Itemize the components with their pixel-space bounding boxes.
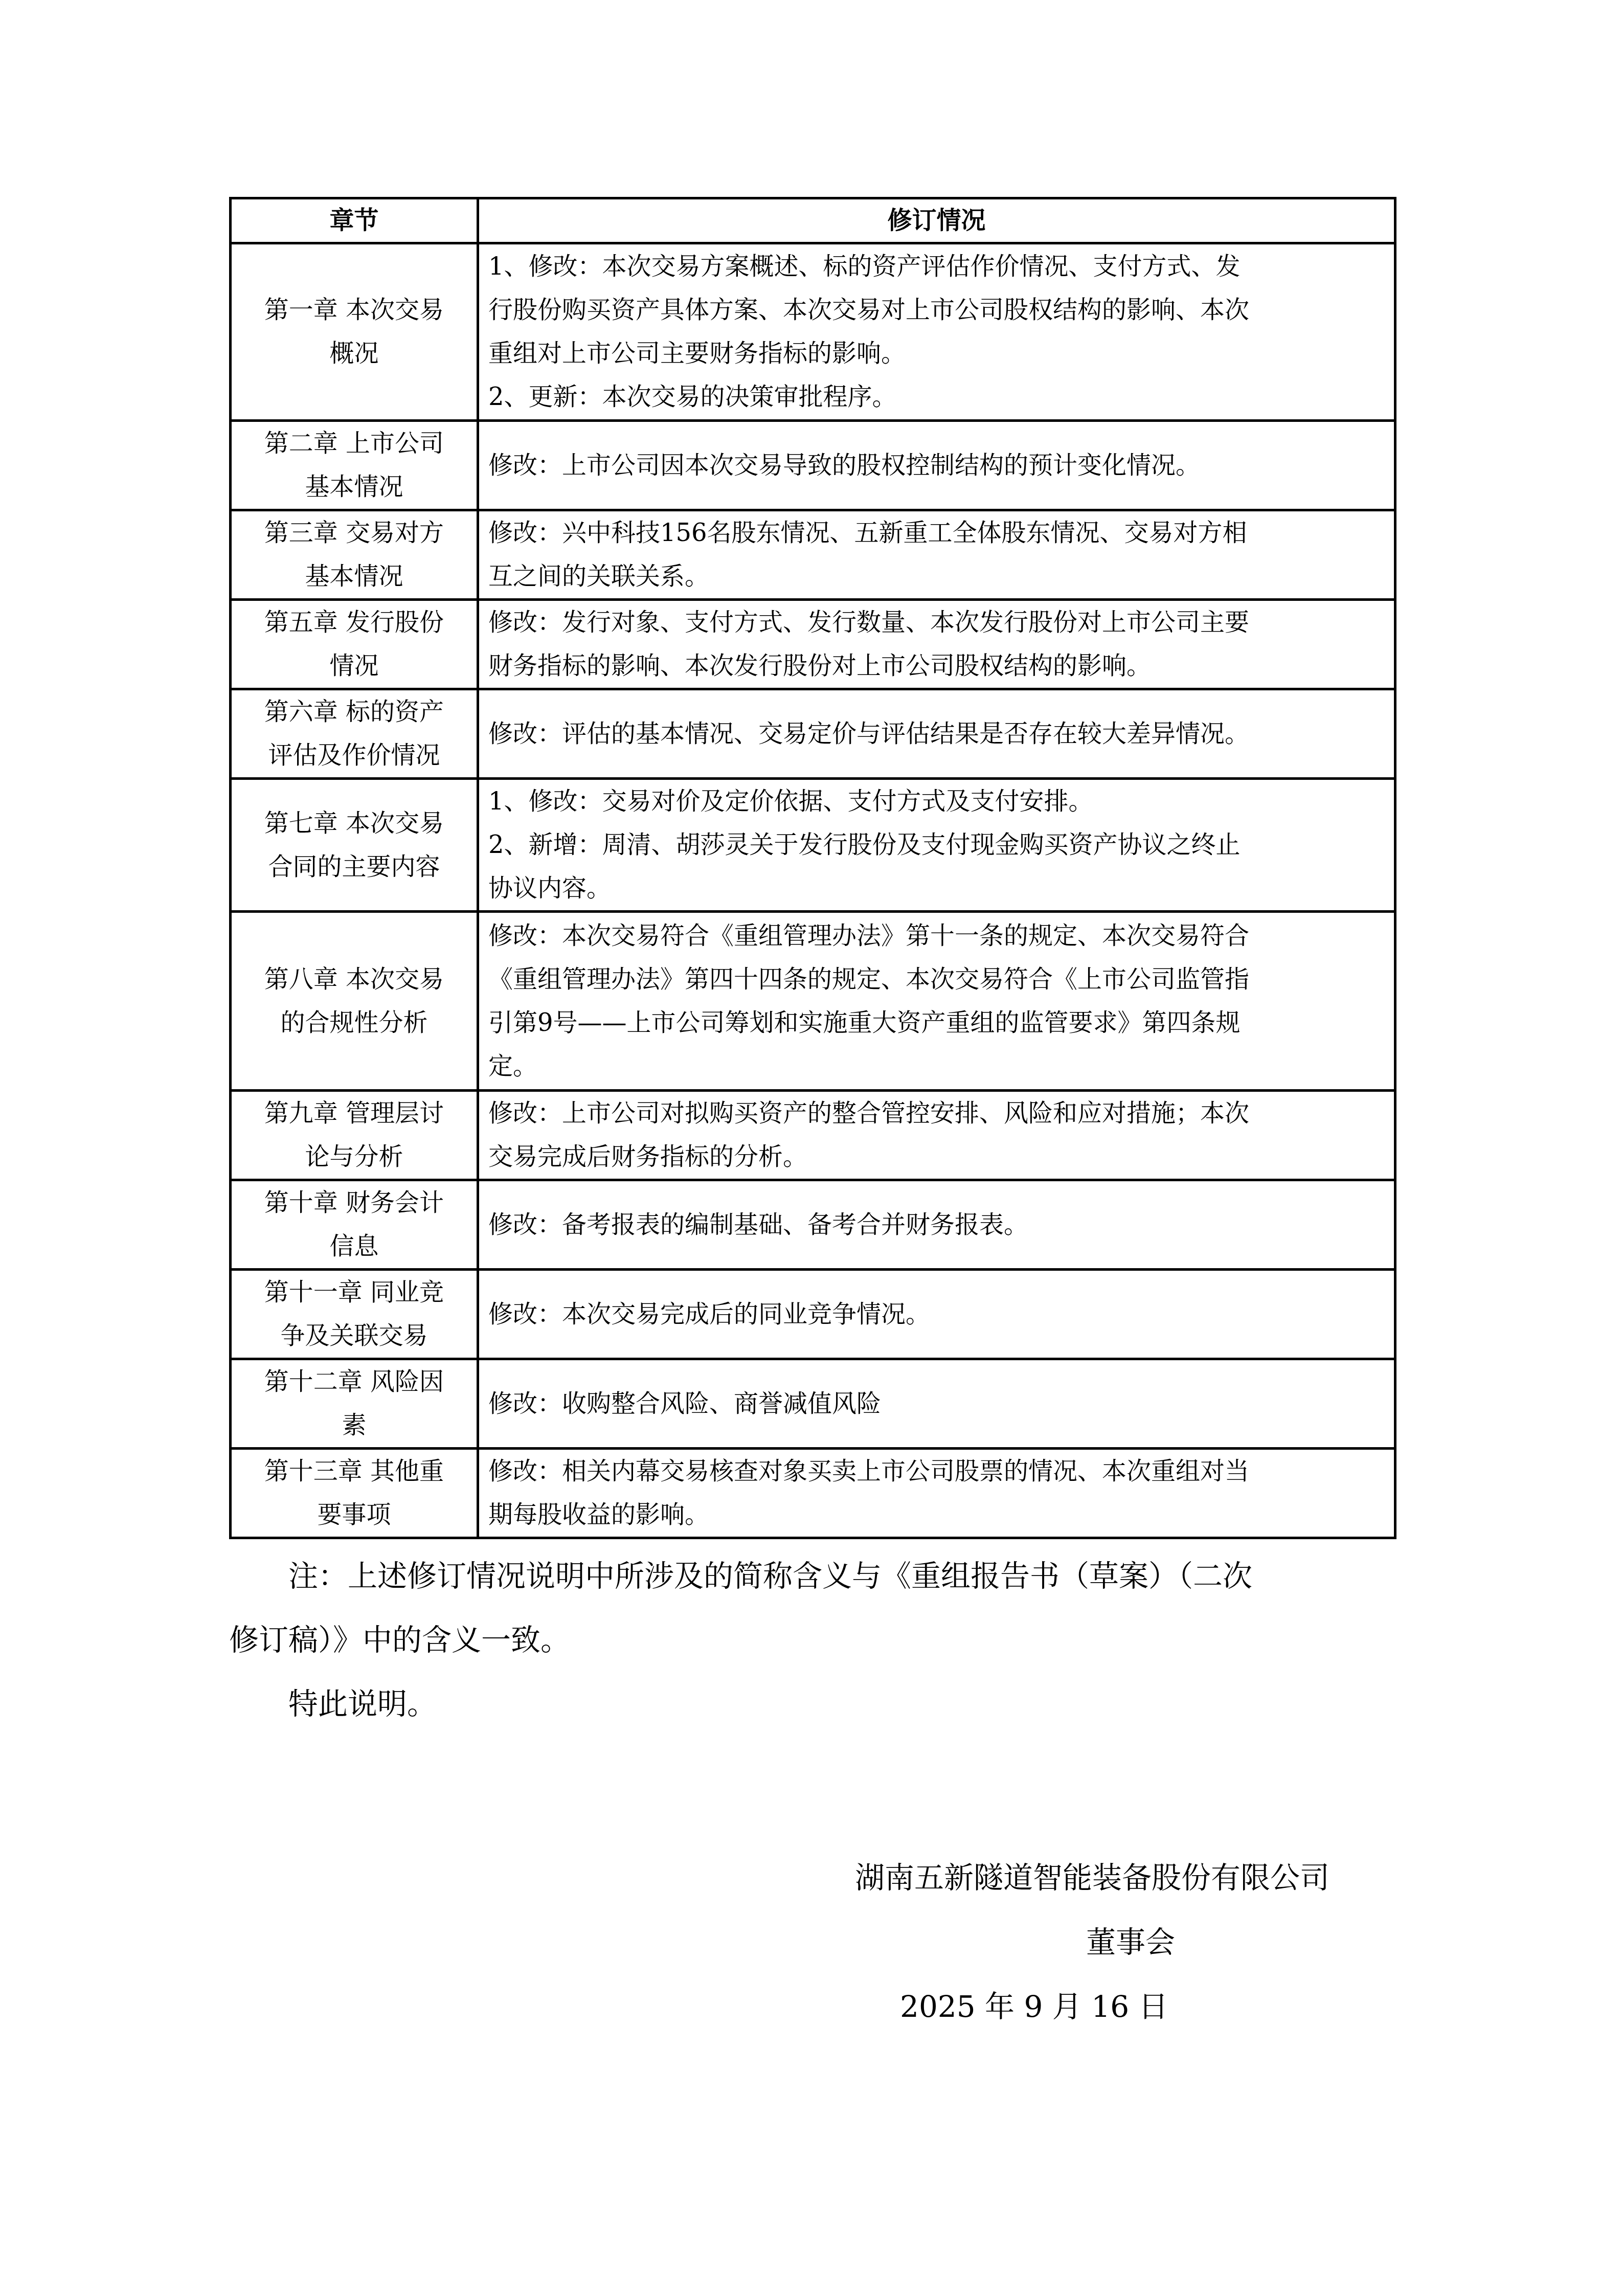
chapter-cell: 第三章 交易对方基本情况	[231, 510, 478, 600]
revision-cell: 修改：相关内幕交易核查对象买卖上市公司股票的情况、本次重组对当期每股收益的影响。	[478, 1449, 1395, 1538]
revision-line: 重组对上市公司主要财务指标的影响。	[488, 332, 1385, 375]
revision-line: 行股份购买资产具体方案、本次交易对上市公司股权结构的影响、本次	[488, 288, 1385, 332]
chapter-line: 的合规性分析	[241, 1001, 467, 1045]
chapter-cell: 第九章 管理层讨论与分析	[231, 1091, 478, 1180]
chapter-line: 第七章 本次交易	[241, 802, 467, 845]
table-row: 第九章 管理层讨论与分析修改：上市公司对拟购买资产的整合管控安排、风险和应对措施…	[231, 1091, 1395, 1180]
chapter-cell: 第十一章 同业竞争及关联交易	[231, 1270, 478, 1359]
header-chapter: 章节	[231, 198, 478, 243]
table-row: 第十一章 同业竞争及关联交易修改：本次交易完成后的同业竞争情况。	[231, 1270, 1395, 1359]
chapter-line: 争及关联交易	[241, 1314, 467, 1358]
note-line-2: 修订稿）》中的含义一致。	[229, 1623, 570, 1657]
revision-line: 《重组管理办法》第四十四条的规定、本次交易符合《上市公司监管指	[488, 958, 1385, 1001]
revision-line: 交易完成后财务指标的分析。	[488, 1135, 1385, 1179]
revision-cell: 1、修改：交易对价及定价依据、支付方式及支付安排。2、新增：周清、胡莎灵关于发行…	[478, 779, 1395, 912]
table-row: 第五章 发行股份情况修改：发行对象、支付方式、发行数量、本次发行股份对上市公司主…	[231, 600, 1395, 689]
note-line-1: 注：上述修订情况说明中所涉及的简称含义与《重组报告书（草案）（二次	[288, 1559, 1252, 1593]
revision-cell: 修改：本次交易完成后的同业竞争情况。	[478, 1270, 1395, 1359]
revision-line: 财务指标的影响、本次发行股份对上市公司股权结构的影响。	[488, 644, 1385, 688]
signature-date: 2025 年 9 月 16 日	[900, 1986, 1168, 2027]
revision-table: 章节 修订情况 第一章 本次交易概况1、修改：本次交易方案概述、标的资产评估作价…	[229, 197, 1396, 1539]
note-paragraph: 注：上述修订情况说明中所涉及的简称含义与《重组报告书（草案）（二次 修订稿）》中…	[229, 1544, 1394, 1736]
table-row: 第二章 上市公司基本情况修改：上市公司因本次交易导致的股权控制结构的预计变化情况…	[231, 421, 1395, 510]
revision-line: 修改：相关内幕交易核查对象买卖上市公司股票的情况、本次重组对当	[488, 1450, 1385, 1493]
revision-line: 2、新增：周清、胡莎灵关于发行股份及支付现金购买资产协议之终止	[488, 823, 1385, 867]
chapter-line: 评估及作价情况	[241, 734, 467, 777]
table-row: 第十三章 其他重要事项修改：相关内幕交易核查对象买卖上市公司股票的情况、本次重组…	[231, 1449, 1395, 1538]
revision-cell: 修改：上市公司因本次交易导致的股权控制结构的预计变化情况。	[478, 421, 1395, 510]
table-row: 第十二章 风险因素修改：收购整合风险、商誉减值风险	[231, 1359, 1395, 1449]
chapter-line: 情况	[241, 644, 467, 688]
chapter-line: 要事项	[241, 1493, 467, 1537]
chapter-cell: 第八章 本次交易的合规性分析	[231, 912, 478, 1091]
chapter-line: 第八章 本次交易	[241, 958, 467, 1001]
revision-line: 修改：上市公司对拟购买资产的整合管控安排、风险和应对措施；本次	[488, 1092, 1385, 1135]
chapter-line: 第三章 交易对方	[241, 511, 467, 555]
board-name: 董事会	[1086, 1922, 1175, 1963]
header-revision: 修订情况	[478, 198, 1395, 243]
revision-cell: 修改：兴中科技156名股东情况、五新重工全体股东情况、交易对方相互之间的关联关系…	[478, 510, 1395, 600]
revision-cell: 1、修改：本次交易方案概述、标的资产评估作价情况、支付方式、发行股份购买资产具体…	[478, 243, 1395, 421]
chapter-line: 基本情况	[241, 465, 467, 509]
chapter-cell: 第七章 本次交易合同的主要内容	[231, 779, 478, 912]
chapter-line: 第一章 本次交易	[241, 288, 467, 332]
revision-line: 修改：备考报表的编制基础、备考合并财务报表。	[488, 1203, 1385, 1247]
chapter-line: 素	[241, 1404, 467, 1447]
revision-line: 定。	[488, 1045, 1385, 1088]
chapter-line: 第十章 财务会计	[241, 1181, 467, 1225]
revision-line: 2、更新：本次交易的决策审批程序。	[488, 375, 1385, 419]
revision-line: 修改：发行对象、支付方式、发行数量、本次发行股份对上市公司主要	[488, 601, 1385, 644]
chapter-line: 论与分析	[241, 1135, 467, 1179]
table-row: 第八章 本次交易的合规性分析修改：本次交易符合《重组管理办法》第十一条的规定、本…	[231, 912, 1395, 1091]
revision-line: 期每股收益的影响。	[488, 1493, 1385, 1537]
chapter-line: 第九章 管理层讨	[241, 1092, 467, 1135]
chapter-line: 基本情况	[241, 555, 467, 598]
revision-cell: 修改：评估的基本情况、交易定价与评估结果是否存在较大差异情况。	[478, 689, 1395, 779]
table-header-row: 章节 修订情况	[231, 198, 1395, 243]
chapter-line: 信息	[241, 1225, 467, 1268]
company-name: 湖南五新隧道智能装备股份有限公司	[855, 1857, 1329, 1898]
chapter-line: 第十二章 风险因	[241, 1360, 467, 1404]
revision-line: 修改：评估的基本情况、交易定价与评估结果是否存在较大差异情况。	[488, 712, 1385, 756]
chapter-line: 第十一章 同业竞	[241, 1271, 467, 1314]
revision-cell: 修改：收购整合风险、商誉减值风险	[478, 1359, 1395, 1449]
revision-line: 协议内容。	[488, 867, 1385, 910]
revision-line: 修改：收购整合风险、商誉减值风险	[488, 1382, 1385, 1426]
table-row: 第三章 交易对方基本情况修改：兴中科技156名股东情况、五新重工全体股东情况、交…	[231, 510, 1395, 600]
revision-line: 修改：本次交易符合《重组管理办法》第十一条的规定、本次交易符合	[488, 914, 1385, 958]
revision-cell: 修改：发行对象、支付方式、发行数量、本次发行股份对上市公司主要财务指标的影响、本…	[478, 600, 1395, 689]
revision-line: 修改：本次交易完成后的同业竞争情况。	[488, 1293, 1385, 1336]
chapter-cell: 第六章 标的资产评估及作价情况	[231, 689, 478, 779]
revision-line: 修改：兴中科技156名股东情况、五新重工全体股东情况、交易对方相	[488, 511, 1385, 555]
revision-line: 1、修改：本次交易方案概述、标的资产评估作价情况、支付方式、发	[488, 245, 1385, 288]
chapter-line: 概况	[241, 332, 467, 375]
chapter-line: 第十三章 其他重	[241, 1450, 467, 1493]
chapter-cell: 第十章 财务会计信息	[231, 1180, 478, 1270]
chapter-cell: 第一章 本次交易概况	[231, 243, 478, 421]
table-row: 第七章 本次交易合同的主要内容1、修改：交易对价及定价依据、支付方式及支付安排。…	[231, 779, 1395, 912]
revision-cell: 修改：备考报表的编制基础、备考合并财务报表。	[478, 1180, 1395, 1270]
chapter-cell: 第十二章 风险因素	[231, 1359, 478, 1449]
chapter-cell: 第五章 发行股份情况	[231, 600, 478, 689]
chapter-line: 第六章 标的资产	[241, 690, 467, 734]
revision-cell: 修改：上市公司对拟购买资产的整合管控安排、风险和应对措施；本次交易完成后财务指标…	[478, 1091, 1395, 1180]
revision-line: 互之间的关联关系。	[488, 555, 1385, 598]
chapter-line: 第五章 发行股份	[241, 601, 467, 644]
revision-cell: 修改：本次交易符合《重组管理办法》第十一条的规定、本次交易符合《重组管理办法》第…	[478, 912, 1395, 1091]
chapter-cell: 第二章 上市公司基本情况	[231, 421, 478, 510]
table-row: 第六章 标的资产评估及作价情况修改：评估的基本情况、交易定价与评估结果是否存在较…	[231, 689, 1395, 779]
table-row: 第一章 本次交易概况1、修改：本次交易方案概述、标的资产评估作价情况、支付方式、…	[231, 243, 1395, 421]
table-body: 第一章 本次交易概况1、修改：本次交易方案概述、标的资产评估作价情况、支付方式、…	[231, 243, 1395, 1538]
chapter-line: 第二章 上市公司	[241, 422, 467, 465]
revision-line: 修改：上市公司因本次交易导致的股权控制结构的预计变化情况。	[488, 444, 1385, 487]
revision-line: 引第9号——上市公司筹划和实施重大资产重组的监管要求》第四条规	[488, 1001, 1385, 1045]
document-page: 章节 修订情况 第一章 本次交易概况1、修改：本次交易方案概述、标的资产评估作价…	[0, 0, 1623, 2296]
table-row: 第十章 财务会计信息修改：备考报表的编制基础、备考合并财务报表。	[231, 1180, 1395, 1270]
revision-line: 1、修改：交易对价及定价依据、支付方式及支付安排。	[488, 780, 1385, 823]
chapter-cell: 第十三章 其他重要事项	[231, 1449, 478, 1538]
closing-statement: 特此说明。	[288, 1686, 437, 1721]
chapter-line: 合同的主要内容	[241, 845, 467, 889]
